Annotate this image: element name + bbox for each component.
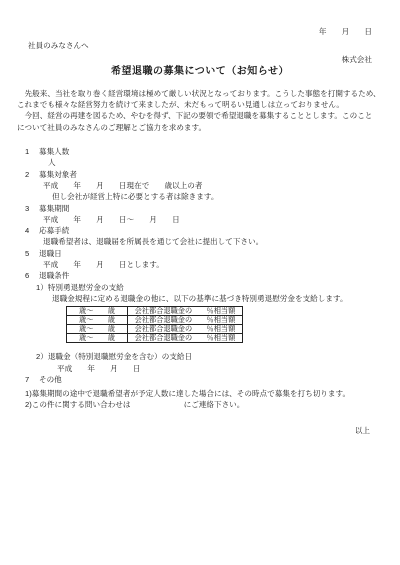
section-6-sub2-date: 平成 年 月 日 — [57, 363, 400, 374]
section-number: 3 — [25, 203, 39, 214]
section-7-note1: 1)募集期間の途中で退職希望者が予定人数に達した場合には、その時点で募集を打ち切… — [25, 388, 400, 399]
section-1-count-line: 人 — [48, 157, 400, 168]
section-2-date-line: 平成 年 月 日現在で 歳以上の者 — [43, 180, 400, 191]
section-3-period-line: 平成 年 月 日～ 月 日 — [43, 214, 400, 225]
section-list: 1募集人数 人 2募集対象者 平成 年 月 日現在で 歳以上の者 但し会社が経営… — [0, 146, 400, 411]
intro-line: 先般来、当社を取り巻く経営環境は極めて厳しい状況となっております。こうした事態を… — [17, 88, 383, 99]
section-number: 4 — [25, 225, 39, 236]
amount-cell: 会社都合退職金の ％相当額 — [128, 334, 243, 343]
section-1-heading: 1募集人数 — [25, 146, 400, 157]
recipient-line: 社員のみなさんへ — [28, 40, 400, 51]
section-title: 退職日 — [39, 249, 62, 258]
section-6-heading: 6退職条件 — [25, 270, 400, 281]
intro-line: 今回、経営の再建を図るため、やむを得ず、下記の要領で希望退職を募集することとしま… — [17, 110, 383, 121]
section-title: 退職条件 — [39, 271, 69, 280]
age-range-cell: 歳～ 歳 — [67, 334, 128, 343]
section-title: 募集期間 — [39, 204, 69, 213]
section-number: 7 — [25, 374, 39, 385]
section-title: 応募手続 — [39, 226, 69, 235]
section-title: 募集人数 — [39, 147, 69, 156]
section-7-heading: 7その他 — [25, 374, 400, 385]
table-row: 歳～ 歳 会社都合退職金の ％相当額 — [67, 334, 243, 343]
intro-line: について社員のみなさんのご理解とご協力を求めます。 — [17, 122, 383, 133]
severance-rate-table: 歳～ 歳 会社都合退職金の ％相当額 歳～ 歳 会社都合退職金の ％相当額 歳～… — [66, 306, 243, 343]
intro-line: これまでも様々な経営努力を続けて来ましたが、未だもって明るい見通しは立っておりま… — [17, 99, 383, 110]
closing-ijou: 以上 — [0, 425, 400, 436]
intro-paragraphs: 先般来、当社を取り巻く経営環境は極めて厳しい状況となっております。こうした事態を… — [17, 88, 383, 133]
section-4-heading: 4応募手続 — [25, 225, 400, 236]
section-6-sub1-desc: 退職金規程に定める退職金の他に、以下の基準に基づき特別勇退慰労金を支給します。 — [52, 293, 400, 304]
section-5-heading: 5退職日 — [25, 248, 400, 259]
section-6-sub1-label: 1）特別勇退慰労金の支給 — [36, 282, 400, 293]
section-title: 募集対象者 — [39, 170, 77, 179]
section-4-procedure-line: 退職希望者は、退職届を所属長を通じて会社に提出して下さい。 — [43, 236, 400, 247]
company-name: 株式会社 — [0, 54, 400, 65]
section-number: 2 — [25, 169, 39, 180]
section-title: その他 — [39, 375, 62, 384]
document-title: 希望退職の募集について（お知らせ） — [0, 66, 400, 78]
section-3-heading: 3募集期間 — [25, 203, 400, 214]
section-2-heading: 2募集対象者 — [25, 169, 400, 180]
section-number: 5 — [25, 248, 39, 259]
section-2-proviso: 但し会社が経営上特に必要とする者は除きます。 — [52, 191, 400, 202]
section-5-date-line: 平成 年 月 日とします。 — [43, 259, 400, 270]
section-7-note2: 2)この件に関する問い合わせは にご連絡下さい。 — [25, 399, 400, 410]
section-6-sub2-label: 2）退職金（特別退職慰労金を含む）の支給日 — [36, 351, 400, 362]
date-field: 年 月 日 — [0, 26, 400, 37]
section-number: 6 — [25, 270, 39, 281]
document-page: 年 月 日 社員のみなさんへ 株式会社 希望退職の募集について（お知らせ） 先般… — [0, 0, 400, 565]
section-number: 1 — [25, 146, 39, 157]
